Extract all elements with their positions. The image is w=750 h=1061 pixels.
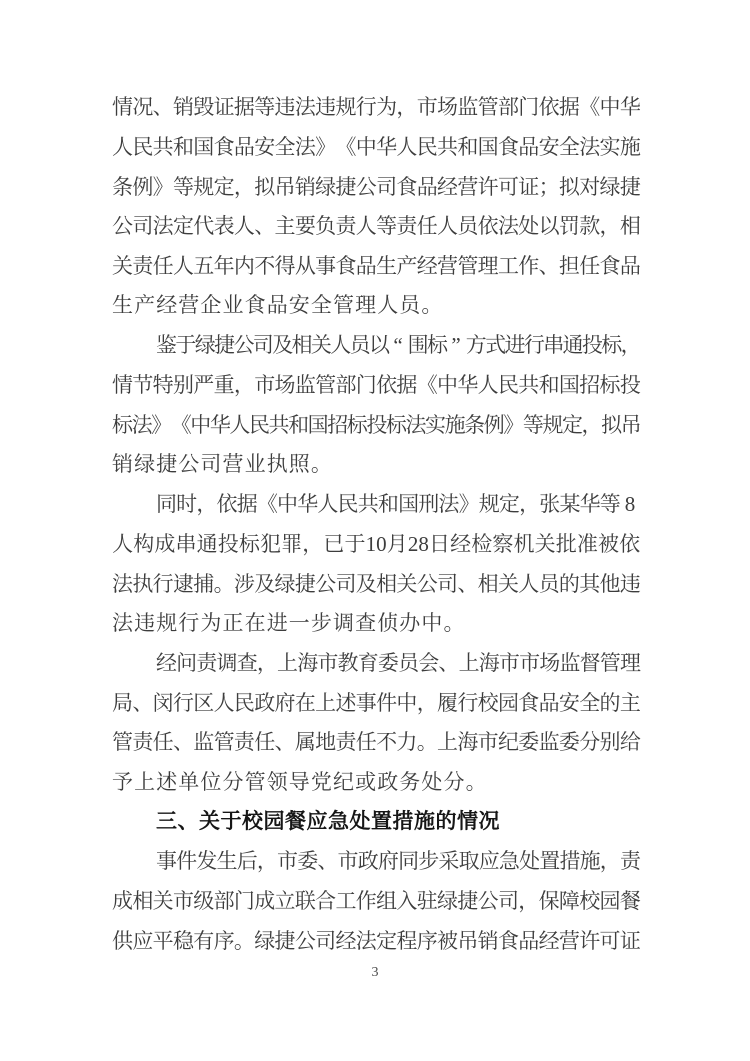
text-line: 关责任人五年内不得从事食品生产经营管理工作、担任食品	[112, 247, 640, 287]
text-token: 华	[297, 494, 317, 515]
text-token: 施	[620, 137, 640, 158]
text-token: 经	[539, 931, 559, 952]
text-token: 投	[620, 375, 640, 396]
text-token: 华	[457, 375, 477, 396]
text-token: 步	[418, 851, 438, 872]
text-token: 相	[478, 574, 498, 595]
text-token: 标	[386, 415, 406, 436]
text-line: 情况、销毁证据等违法违规行为，市场监管部门依据《中华	[112, 88, 640, 128]
text-token: 规	[542, 415, 562, 436]
text-token: 《	[579, 97, 599, 118]
text-token: 特	[153, 375, 173, 396]
text-token: 得	[275, 256, 295, 277]
text-token: 相	[620, 216, 640, 237]
text-token: 已	[323, 534, 344, 555]
text-token: 部	[498, 97, 518, 118]
text-token: 全	[579, 693, 599, 714]
text-token: 纪	[498, 732, 518, 753]
text-token: 和	[457, 137, 477, 158]
text-token: 的	[600, 693, 620, 714]
text-token: 》	[151, 415, 171, 436]
text-token: 法	[112, 574, 132, 595]
text-token: 定	[499, 494, 519, 515]
text-token: 市	[338, 851, 358, 872]
text-token: 会	[418, 653, 438, 674]
text-token: 据	[234, 97, 254, 118]
text-token: 门	[518, 97, 538, 118]
text-token: 他	[600, 574, 620, 595]
text-token: 经	[335, 931, 355, 952]
text-token: 依	[217, 494, 237, 515]
text-token: 拟	[559, 177, 579, 198]
text-token: 相	[376, 574, 396, 595]
text-token: 被	[598, 534, 619, 555]
text-token: 国	[193, 137, 213, 158]
text-token: 批	[556, 534, 577, 555]
text-token: 要	[295, 216, 315, 237]
text-token: 人	[112, 534, 133, 555]
text-token: ，	[234, 177, 254, 198]
text-token: 法	[498, 216, 518, 237]
text-token: 公	[295, 931, 315, 952]
text-token: 情	[112, 375, 132, 396]
text-token: 力	[396, 732, 416, 753]
text-token: 品	[518, 931, 538, 952]
text-line: 情节特别严重，市场监管部门依据《中华人民共和国招标投	[112, 366, 640, 406]
text-token: 于	[344, 534, 365, 555]
text-token: 市	[254, 375, 274, 396]
text-token: 市	[317, 653, 337, 674]
text-token: 员	[398, 653, 418, 674]
text-token: 、	[173, 732, 193, 753]
text-token: 生	[217, 851, 237, 872]
text-token: 公	[478, 891, 498, 912]
text-token: 委	[518, 732, 538, 753]
text-token: 管	[478, 97, 498, 118]
text-token: 食	[518, 693, 538, 714]
text-token: 关	[153, 891, 173, 912]
text-line: 人构成串通投标犯罪，已于10月28日经检察机关批准被依	[112, 525, 640, 565]
text-token: 民	[498, 375, 518, 396]
text-token: 、	[539, 256, 559, 277]
text-token: 场	[437, 97, 457, 118]
text-token: 、	[438, 653, 458, 674]
text-token: 。	[214, 574, 234, 595]
text-token: 严	[193, 375, 213, 396]
text-token: 不	[376, 732, 396, 753]
text-token: 责	[335, 732, 355, 753]
text-token: 司	[132, 216, 152, 237]
text-token: 经	[417, 256, 437, 277]
text-token: 、	[457, 574, 477, 595]
text-token: 捷	[214, 335, 233, 356]
text-token: 平	[153, 931, 173, 952]
text-token: 标	[427, 335, 446, 356]
text-token: 构	[133, 534, 154, 555]
text-token: 国	[478, 137, 498, 158]
document-page: 情况、销毁证据等违法违规行为，市场监管部门依据《中华人民共和国食品安全法》《中华…	[0, 0, 750, 1061]
text-token: 共	[518, 375, 538, 396]
text-token: 关	[112, 256, 132, 277]
text-token: 食	[396, 177, 416, 198]
text-line: 法违规行为正在进一步调查侦办中。	[112, 604, 640, 644]
text-token: 方	[466, 335, 485, 356]
paragraph: 情况、销毁证据等违法违规行为，市场监管部门依据《中华人民共和国食品安全法》《中华…	[112, 88, 640, 326]
text-token: 捷	[275, 931, 295, 952]
text-token: ，	[519, 494, 539, 515]
text-token: 销	[295, 177, 315, 198]
text-token: 人	[396, 137, 416, 158]
text-token: 围	[408, 335, 427, 356]
text-token: 销	[173, 97, 193, 118]
text-token: 行	[356, 97, 376, 118]
section-heading: 三、关于校园餐应急处置措施的情况	[112, 802, 640, 842]
paragraph: 经问责调查，上海市教育委员会、上海市市场监督管理局、闵行区人民政府在上述事件中，…	[112, 644, 640, 803]
text-token: 施	[445, 415, 465, 436]
text-token: 绿	[275, 574, 295, 595]
text-token: 监	[457, 97, 477, 118]
page-number: 3	[0, 965, 750, 981]
text-token: 时	[176, 494, 196, 515]
text-token: 证	[620, 931, 640, 952]
text-line: 标法》《中华人民共和国招标投标法实施条例》等规定，拟吊	[112, 406, 640, 446]
text-token: 责	[335, 216, 355, 237]
text-token: 等	[600, 494, 620, 515]
text-token: 定	[214, 177, 234, 198]
text-token: 组	[376, 891, 396, 912]
text-line: 经问责调查，上海市教育委员会、上海市市场监督管理	[112, 644, 640, 684]
text-token: 。	[417, 732, 437, 753]
text-token: 市	[499, 653, 519, 674]
text-token: 鉴	[156, 335, 175, 356]
text-token: 担	[559, 256, 579, 277]
text-token: 依	[539, 97, 559, 118]
text-token: 行	[173, 693, 193, 714]
text-token: 员	[457, 216, 477, 237]
text-token: 品	[518, 137, 538, 158]
text-token: 串	[543, 335, 562, 356]
text-token: 上	[315, 693, 335, 714]
text-token: 规	[193, 177, 213, 198]
text-token: ，	[234, 375, 254, 396]
text-token: ，	[257, 653, 277, 674]
text-token: 等	[523, 415, 543, 436]
text-token: 责	[132, 732, 152, 753]
text-token: 责	[196, 653, 216, 674]
text-token: 月	[387, 534, 408, 555]
text-token: 程	[396, 931, 416, 952]
text-token: 和	[539, 375, 559, 396]
text-token: 措	[559, 851, 579, 872]
text-token: ，	[518, 891, 538, 912]
text-token: 场	[275, 375, 295, 396]
text-token: 责	[396, 216, 416, 237]
text-token: 绿	[195, 335, 214, 356]
text-token: 串	[175, 534, 196, 555]
text-token: 共	[269, 415, 289, 436]
text-token: 销	[478, 931, 498, 952]
text-token: 定	[376, 931, 396, 952]
text-token: 吊	[275, 177, 295, 198]
text-token: 食	[600, 256, 620, 277]
text-token: 经	[156, 653, 176, 674]
text-token: 有	[193, 931, 213, 952]
text-token: 为	[376, 97, 396, 118]
text-token: 法	[295, 137, 315, 158]
text-token: 据	[559, 97, 579, 118]
text-token: 相	[132, 891, 152, 912]
text-token: 市	[277, 851, 297, 872]
text-token: 履	[437, 693, 457, 714]
text-token: 实	[425, 415, 445, 436]
text-token: 28	[408, 534, 429, 555]
text-token: 管	[457, 256, 477, 277]
text-token: 《	[257, 494, 277, 515]
text-token: 联	[295, 891, 315, 912]
text-token: 管	[214, 732, 234, 753]
text-token: 品	[539, 693, 559, 714]
text-token: 员	[539, 574, 559, 595]
text-token: 以	[539, 216, 559, 237]
text-token: 督	[580, 653, 600, 674]
text-token: 逮	[173, 574, 193, 595]
text-token: 通	[197, 534, 218, 555]
text-token: 司	[335, 574, 355, 595]
text-token: ，	[582, 415, 602, 436]
text-token: 作	[518, 256, 538, 277]
text-token: 等	[254, 97, 274, 118]
text-token: 上	[459, 653, 479, 674]
text-token: 罪	[281, 534, 302, 555]
text-token: 品	[417, 177, 437, 198]
text-token: 全	[559, 137, 579, 158]
text-token: 例	[484, 415, 504, 436]
text-token: 捷	[335, 177, 355, 198]
text-token: 司	[253, 335, 272, 356]
text-token: 刑	[418, 494, 438, 515]
text-line: 局、闵行区人民政府在上述事件中，履行校园食品安全的主	[112, 683, 640, 723]
text-token: 国	[559, 375, 579, 396]
text-token: 司	[315, 931, 335, 952]
text-token: 施	[580, 851, 600, 872]
text-token: 府	[275, 693, 295, 714]
text-token: 人	[112, 137, 132, 158]
text-token: 合	[315, 891, 335, 912]
text-token: 《	[335, 137, 355, 158]
paragraph: 鉴于绿捷公司及相关人员以“围标”方式进行串通投标，情节特别严重，市场监管部门依据…	[112, 326, 640, 485]
text-token: 况	[132, 97, 152, 118]
text-token: 别	[173, 375, 193, 396]
text-token: 中	[396, 693, 416, 714]
text-token: 餐	[620, 891, 640, 912]
text-token: 食	[498, 137, 518, 158]
text-token: 情	[112, 97, 132, 118]
text-token: 关	[311, 335, 330, 356]
text-token: 等	[173, 177, 193, 198]
text-token: 行	[524, 335, 543, 356]
text-token: 发	[196, 851, 216, 872]
text-token: 政	[254, 693, 274, 714]
text-token: 述	[335, 693, 355, 714]
document-body: 情况、销毁证据等违法违规行为，市场监管部门依据《中华人民共和国食品安全法》《中华…	[112, 88, 640, 961]
text-token: 件	[176, 851, 196, 872]
text-token: 式	[485, 335, 504, 356]
text-token: 供	[112, 931, 132, 952]
text-token: 法	[405, 415, 425, 436]
text-token: ，	[257, 851, 277, 872]
text-token: 事	[156, 851, 176, 872]
text-token: 上	[437, 732, 457, 753]
text-token: 中	[190, 415, 210, 436]
text-token: 人	[478, 375, 498, 396]
text-token: 重	[214, 375, 234, 396]
text-token: 校	[478, 693, 498, 714]
text-token: 及	[356, 574, 376, 595]
text-token: 急	[499, 851, 519, 872]
text-token: 成	[112, 891, 132, 912]
text-token: 公	[417, 574, 437, 595]
text-token: 公	[112, 216, 132, 237]
text-token: 同	[156, 494, 176, 515]
text-line: 人民共和国食品安全法》《中华人民共和国食品安全法实施	[112, 128, 640, 168]
text-token: 任	[579, 256, 599, 277]
text-token: 条	[464, 415, 484, 436]
text-token: “	[388, 335, 407, 356]
text-token: 闵	[153, 693, 173, 714]
text-token: 标	[112, 415, 132, 436]
text-token: 据	[237, 494, 257, 515]
text-token: 某	[559, 494, 579, 515]
text-token: 查	[237, 653, 257, 674]
text-token: 营	[559, 931, 579, 952]
text-token: 经	[437, 177, 457, 198]
text-token: 监	[193, 732, 213, 753]
text-token: 属	[295, 732, 315, 753]
text-token: 司	[437, 574, 457, 595]
text-token: 安	[539, 137, 559, 158]
text-token: 款	[579, 216, 599, 237]
text-token: 司	[376, 177, 396, 198]
text-token: 规	[479, 494, 499, 515]
text-token: 投	[366, 415, 386, 436]
text-token: 违	[620, 574, 640, 595]
text-token: 人	[317, 494, 337, 515]
text-token: 毁	[193, 97, 213, 118]
text-token: 法	[153, 216, 173, 237]
text-token: ”	[446, 335, 465, 356]
text-token: 、	[132, 693, 152, 714]
text-token: 共	[437, 137, 457, 158]
text-token: 安	[559, 693, 579, 714]
text-token: 委	[378, 653, 398, 674]
text-token: 事	[356, 693, 376, 714]
text-token: 工	[498, 256, 518, 277]
text-token: 等	[376, 216, 396, 237]
text-token: 共	[153, 137, 173, 158]
text-token: 监	[539, 732, 559, 753]
text-token: 从	[295, 256, 315, 277]
text-token: ，	[302, 534, 323, 555]
text-token: 《	[171, 415, 191, 436]
text-token: 》	[153, 177, 173, 198]
text-token: 证	[214, 97, 234, 118]
text-token: 序	[417, 931, 437, 952]
text-token: 投	[218, 534, 239, 555]
text-token: 节	[132, 375, 152, 396]
text-token: 部	[335, 375, 355, 396]
text-token: 标	[600, 375, 620, 396]
text-token: 内	[234, 256, 254, 277]
text-token: 关	[396, 574, 416, 595]
text-token: 委	[297, 851, 317, 872]
text-token: 、	[153, 97, 173, 118]
text-token: 中	[277, 494, 297, 515]
text-token: 品	[620, 256, 640, 277]
text-token: 取	[459, 851, 479, 872]
text-line: 同时，依据《中华人民共和国刑法》规定，张某华等8	[112, 485, 640, 525]
text-token: 市	[173, 891, 193, 912]
text-token: 门	[356, 375, 376, 396]
text-token: 地	[315, 732, 335, 753]
text-token: 《	[417, 375, 437, 396]
text-token: 相	[292, 335, 311, 356]
text-token: 置	[539, 851, 559, 872]
text-token: 被	[437, 931, 457, 952]
text-token: 问	[176, 653, 196, 674]
text-token: 成	[254, 891, 274, 912]
text-token: 法	[438, 494, 458, 515]
text-token: 标	[239, 534, 260, 555]
text-token: 于	[175, 335, 194, 356]
text-token: 察	[492, 534, 513, 555]
text-token: 及	[254, 574, 274, 595]
text-token: 定	[562, 415, 582, 436]
text-token: 公	[315, 574, 335, 595]
text-token: 据	[396, 375, 416, 396]
text-token: 工	[335, 891, 355, 912]
text-token: 人	[437, 216, 457, 237]
text-token: 委	[559, 732, 579, 753]
paragraph: 事件发生后，市委、市政府同步采取应急处置措施，责成相关市级部门成立联合工作组入驻…	[112, 842, 640, 961]
text-token: 捷	[295, 574, 315, 595]
text-token: 监	[559, 653, 579, 674]
text-token: 民	[249, 415, 269, 436]
text-token: 犯	[260, 534, 281, 555]
text-token: 营	[457, 177, 477, 198]
text-token: ，	[600, 216, 620, 237]
text-token: 管	[315, 375, 335, 396]
text-token: 吊	[621, 415, 641, 436]
text-token: 作	[356, 891, 376, 912]
text-token: 和	[288, 415, 308, 436]
text-token: 全	[275, 137, 295, 158]
text-line: 成相关市级部门成立联合工作组入驻绿捷公司，保障校园餐	[112, 882, 640, 922]
text-token: ，	[600, 851, 620, 872]
text-token: 保	[539, 891, 559, 912]
text-token: 执	[132, 574, 152, 595]
text-token: 依	[619, 534, 640, 555]
text-token: 证	[518, 177, 538, 198]
text-token: 表	[214, 216, 234, 237]
text-token: 吊	[457, 931, 477, 952]
text-token: 民	[132, 137, 152, 158]
text-token: 公	[356, 177, 376, 198]
text-token: 许	[579, 931, 599, 952]
text-token: 区	[193, 693, 213, 714]
text-line: 法执行逮捕。涉及绿捷公司及相关公司、相关人员的其他违	[112, 564, 640, 604]
text-token: 别	[600, 732, 620, 753]
text-token: 行	[457, 693, 477, 714]
